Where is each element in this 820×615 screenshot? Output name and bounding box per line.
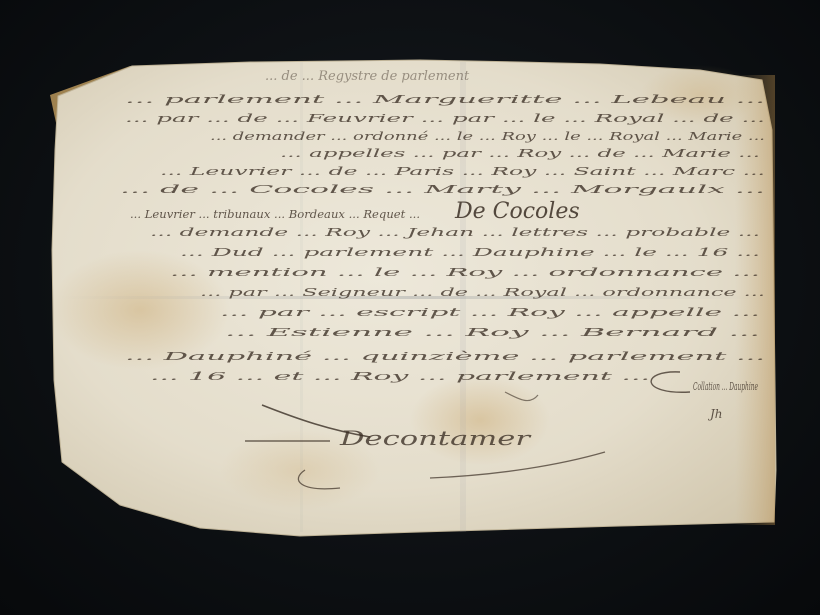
- text-line: ... de ... Cocoles ... Marty ... Morgaul…: [120, 183, 765, 196]
- text-line: ... par ... de ... Feuvrier ... par ... …: [125, 112, 765, 125]
- text-line: ... Dud ... parlement ... Dauphine ... l…: [180, 246, 760, 259]
- text-line: ... par ... Seigneur ... de ... Royal ..…: [200, 286, 765, 299]
- text-line: ... Estienne ... Roy ... Bernard ...: [225, 326, 760, 339]
- text-line: ... Dauphiné ... quinzième ... parlement…: [125, 350, 765, 363]
- text-line: ... demande ... Roy ... Jehan ... lettre…: [150, 226, 760, 239]
- name-in-text: De Cocoles: [454, 199, 580, 224]
- text-line: ... parlement ... Margueritte ... Lebeau…: [125, 93, 765, 106]
- text-line: ... Leuvrier ... de ... Paris ... Roy ..…: [160, 165, 765, 178]
- text-line: ... Leuvrier ... tribunaux ... Bordeaux …: [130, 208, 420, 221]
- text-line: ... 16 ... et ... Roy ... parlement ...: [150, 370, 650, 383]
- text-line: ... demander ... ordonné ... le ... Roy …: [210, 130, 765, 143]
- collation-text: Collation ... Dauphine: [693, 380, 758, 393]
- water-stain: [410, 375, 550, 465]
- signature-text: Decontamer: [338, 426, 532, 450]
- parchment-document: ... de ... Regystre de parlement ... par…: [0, 0, 820, 615]
- text-line: ... mention ... le ... Roy ... ordonnanc…: [170, 266, 760, 279]
- header-line: ... de ... Regystre de parlement: [265, 69, 470, 84]
- text-line: ... par ... escript ... Roy ... appelle …: [220, 306, 760, 319]
- marginal-mark: Jh: [707, 407, 723, 421]
- photo-stage: ... de ... Regystre de parlement ... par…: [0, 0, 820, 615]
- text-line: ... appelles ... par ... Roy ... de ... …: [280, 147, 760, 160]
